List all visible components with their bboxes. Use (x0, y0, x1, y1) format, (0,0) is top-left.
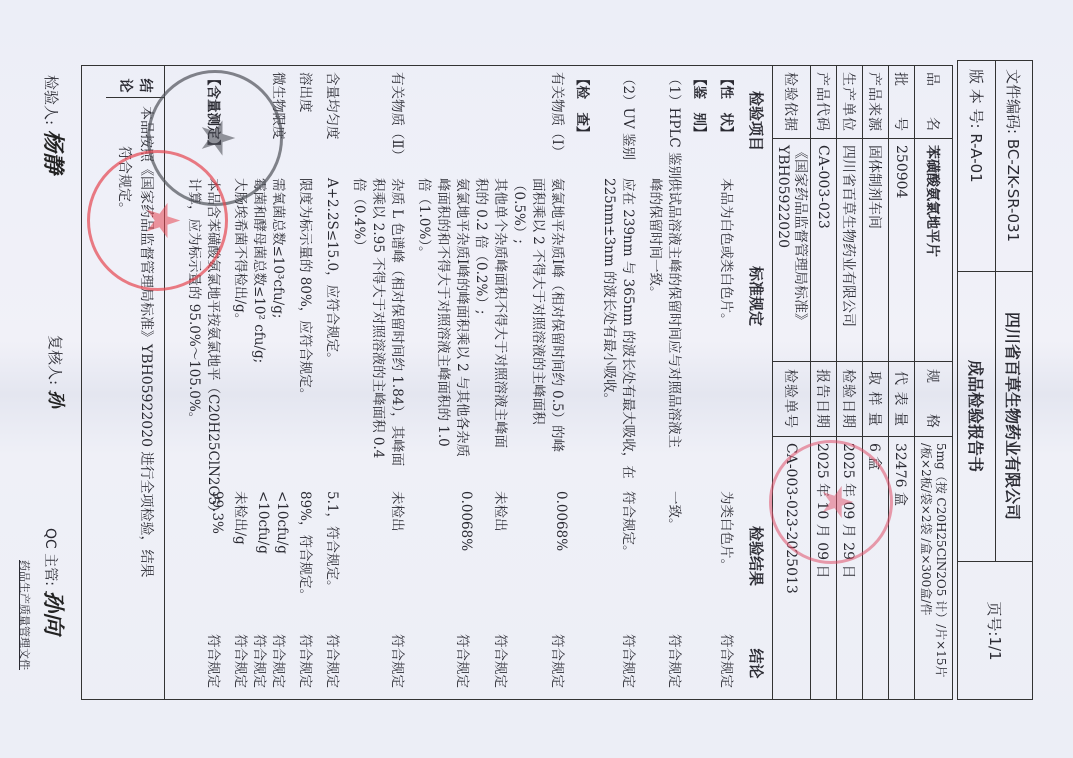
conclusion-label-char: 论 (115, 79, 135, 93)
page-value: 1/1 (986, 636, 1004, 660)
quantity-value: 32476 盒 (889, 436, 914, 701)
conclusion-value: 符合规定 (232, 634, 252, 688)
result-value: 89%，符合规定。 (297, 491, 317, 602)
result-value: 未检出 (492, 491, 512, 532)
standard-line: 需氧菌总数≤10³cfu/g; (270, 178, 290, 318)
report-date-value: 2025 年 10 月 09 日 (811, 436, 836, 701)
standard-line: 面积乘以 2 不得大于对照溶液的主峰面积 (530, 178, 550, 425)
standard-line: 大肠埃希菌不得检出/g。 (232, 178, 252, 326)
section-heading: 【检 查】 (574, 72, 594, 140)
document-type-footer: 药品生产质量管理文件 (17, 560, 33, 670)
report-header: 文件编码: BC-ZK-SR-031 版 本 号: R-A-01 四川省百草生物… (957, 60, 1033, 700)
conclusion-value: 符合规定 (620, 634, 640, 688)
basis-line: 《国家药品监督管理局标准》 (792, 145, 809, 327)
basis-line: YBH05922020 (775, 145, 792, 248)
test-date-label: 检验日期 (837, 361, 862, 436)
manufacturer-label: 生产单位 (837, 66, 862, 138)
conclusion-value: 符合规定 (666, 634, 686, 688)
result-value: 5.1，符合规定。 (324, 491, 344, 593)
col-header-standard: 标准规定 (742, 176, 772, 416)
conclusion-value: 符合规定 (389, 634, 409, 688)
batch-number: 250904 (889, 138, 914, 361)
result-value: 一致。 (666, 491, 686, 532)
batch-label: 批 号 (889, 66, 914, 138)
info-row: 品 名 苯磺酸氨氯地平片 规 格 5mg（按 C20H25ClN2O5 计）/片… (914, 66, 952, 699)
conclusion-value: 符合规定 (454, 634, 474, 688)
sample-value: 6 盒 (863, 436, 888, 701)
results-area: 检验项目 标准规定 检验结果 结论 【性 状】本品为白色或类白色片。为类白色片。… (164, 66, 772, 699)
info-row: 检验依据 《国家药品监督管理局标准》 YBH05922020 检验单号 CA-0… (772, 66, 810, 699)
version-label: 版 本 号: (967, 69, 985, 133)
conclusion-value: 符合规定 (270, 634, 290, 688)
report-date-label: 报告日期 (811, 361, 836, 436)
quantity-label: 代 表 量 (889, 361, 914, 436)
result-value: 为类白色片。 (718, 491, 738, 572)
standard-line: 倍（0.4%） (351, 178, 371, 253)
standard-line: 峰的保留时间一致。 (647, 178, 667, 300)
standard-line: 应在 239nm 与 365nm 的波长处有最大吸收，在 (620, 178, 640, 479)
product-name-label: 品 名 (915, 66, 952, 138)
basis-value: 《国家药品监督管理局标准》 YBH05922020 (773, 138, 810, 361)
conclusion-text: 本品按照《国家药品监督管理局标准》YBH05922020 进行全项检验，结果 符… (106, 98, 164, 698)
company-name: 四川省百草生物药业有限公司 (995, 271, 1032, 561)
result-value: <10cfu/g (274, 491, 290, 554)
section-heading: 【性 状】 (718, 72, 738, 140)
product-name: 苯磺酸氨氯地平片 (915, 138, 952, 361)
result-value: <10cfu/g (255, 491, 271, 554)
standard-line: 本品含苯磺酸氨氯地平按氨氯地平（C20H25ClN2O5） (205, 178, 225, 519)
source-label: 产品来源 (863, 66, 888, 138)
standard-line: 氨氯地平杂质Ⅰ峰的峰面积乘以 2 与其他各杂质 (454, 178, 474, 457)
qc-manager: QC 主管: 孙向 (39, 528, 70, 634)
result-value: 符合规定。 (620, 491, 640, 559)
col-header-item: 检验项目 (742, 66, 772, 176)
result-value: 未检出 (389, 491, 409, 532)
standard-line: 倍（1.0%）。 (416, 178, 436, 260)
result-value: 0.0068% (553, 491, 569, 551)
conclusion-value: 符合规定 (205, 634, 225, 688)
spec-line: /板×2板/袋×2袋 /盒×300盒/件 (919, 443, 934, 615)
conclusion-line: 符合规定。 (113, 106, 135, 216)
test-item: （2）UV 鉴别 (620, 72, 640, 160)
standard-line: 本品为白色或类白色片。 (718, 178, 738, 327)
qc-label: QC 主管: (42, 528, 58, 590)
result-value: 未检出/g (232, 491, 252, 545)
sample-label: 取 样 量 (863, 361, 888, 436)
conclusion-value: 符合规定 (549, 634, 569, 688)
page-number: 页号: 1/1 (958, 561, 1032, 701)
test-item: （1）HPLC 鉴别 (666, 72, 686, 179)
file-code: 文件编码: BC-ZK-SR-031 (995, 61, 1032, 271)
report-no-value: CA-003-023-2025013 (773, 436, 810, 701)
conclusion-value: 符合规定 (297, 634, 317, 688)
standard-line: 积乘以 2.95 不得大于对照溶液的主峰面积 0.4 (370, 178, 390, 458)
inspector-signature: 杨静 (40, 130, 66, 174)
standard-line: 限度为标示量的 80%，应符合规定。 (297, 178, 317, 401)
section-heading: 【鉴 别】 (691, 72, 711, 140)
page-label: 页号: (985, 601, 1006, 636)
info-row: 产品代码 CA-003-023 报告日期 2025 年 10 月 09 日 (810, 66, 836, 699)
results-list: 【性 状】本品为白色或类白色片。为类白色片。符合规定【鉴 别】（1）HPLC 鉴… (164, 66, 742, 699)
basis-label: 检验依据 (773, 66, 810, 138)
standard-line: 峰面积的和不得大于对照溶液主峰面积的 1.0 (435, 178, 455, 447)
report-title: 成品检验报告书 (958, 271, 995, 561)
standard-line: 氨氯地平杂质Ⅰ峰（相对保留时间约 0.5）的峰 (549, 178, 569, 452)
version-value: R-A-01 (967, 133, 985, 182)
reviewer-label: 复核人: (46, 335, 64, 390)
column-headers: 检验项目 标准规定 检验结果 结论 (742, 66, 772, 699)
info-row: 产品来源 固体制剂车间 取 样 量 6 盒 (862, 66, 888, 699)
standard-line: 其他单个杂质峰面积不得大于对照溶液主峰面 (492, 178, 512, 448)
test-item: 有关物质（Ⅱ） (389, 72, 409, 162)
product-code-value: CA-003-023 (811, 138, 836, 361)
conclusion-value: 符合规定 (718, 634, 738, 688)
col-header-result: 检验结果 (742, 486, 772, 626)
conclusion-label-char: 结 (135, 79, 155, 93)
standard-line: 225nm±3nm 的波长处有最小吸收。 (601, 178, 621, 406)
conclusion-line: 本品按照《国家药品监督管理局标准》YBH05922020 进行全项检验，结果 (135, 106, 157, 577)
test-item: 微生物限度 (270, 72, 290, 140)
spec-line: 5mg（按 C20H25ClN2O5 计）/片×15片 (934, 443, 949, 678)
test-item: 有关物质（Ⅰ） (549, 72, 569, 158)
result-value: 99.3% (209, 491, 225, 534)
reviewer-signature: 孙 (45, 390, 66, 408)
standard-line: 计算，应为标示量的 95.0%～105.0%。 (186, 178, 206, 425)
manufacturer-value: 四川省百草生物药业有限公司 (837, 138, 862, 361)
product-code-label: 产品代码 (811, 66, 836, 138)
standard-line: 积的 0.2 倍（0.2%）; (473, 178, 493, 314)
standard-line: 杂质 L 色谱峰（相对保留时间约 1.84），其峰面 (389, 178, 409, 466)
inspector: 检验人: 杨静 (39, 75, 70, 174)
standard-line: 霉菌和酵母菌总数≤10² cfu/g; (251, 178, 271, 363)
result-value: 0.0068% (458, 491, 474, 551)
conclusion-value: 符合规定 (251, 634, 271, 688)
standard-line: A+2.2S≤15.0，应符合规定。 (324, 178, 344, 366)
info-row: 批 号 250904 代 表 量 32476 盒 (888, 66, 914, 699)
source-value: 固体制剂车间 (863, 138, 888, 361)
conclusion-box: 结 论 本品按照《国家药品监督管理局标准》YBH05922020 进行全项检验，… (106, 66, 164, 699)
report-document: 文件编码: BC-ZK-SR-031 版 本 号: R-A-01 四川省百草生物… (0, 0, 1073, 758)
col-header-conclusion: 结论 (742, 626, 772, 701)
reviewer: 复核人: 孙 (44, 335, 70, 408)
version: 版 本 号: R-A-01 (958, 61, 995, 271)
section-heading: 【含量测定】 (205, 72, 225, 153)
test-item: 含量均匀度 (324, 72, 344, 140)
info-row: 生产单位 四川省百草生物药业有限公司 检验日期 2025 年 09 月 29 日 (836, 66, 862, 699)
qc-signature: 孙向 (40, 590, 66, 634)
conclusion-value: 符合规定 (324, 634, 344, 688)
file-code-value: BC-ZK-SR-031 (1004, 139, 1022, 242)
standard-line: （0.5%）; (511, 178, 531, 244)
report-no-label: 检验单号 (773, 361, 810, 436)
conclusion-value: 符合规定 (492, 634, 512, 688)
test-item: 溶出度 (297, 72, 317, 113)
spec-value: 5mg（按 C20H25ClN2O5 计）/片×15片 /板×2板/袋×2袋 /… (915, 436, 952, 701)
test-date-value: 2025 年 09 月 29 日 (837, 436, 862, 701)
report-table: 品 名 苯磺酸氨氯地平片 规 格 5mg（按 C20H25ClN2O5 计）/片… (81, 65, 953, 700)
spec-label: 规 格 (915, 361, 952, 436)
standard-line: 供试品溶液主峰的保留时间应与对照品溶液主 (666, 178, 686, 448)
inspector-label: 检验人: (42, 75, 60, 130)
conclusion-label: 结 论 (106, 66, 164, 98)
file-code-label: 文件编码: (1004, 69, 1022, 139)
